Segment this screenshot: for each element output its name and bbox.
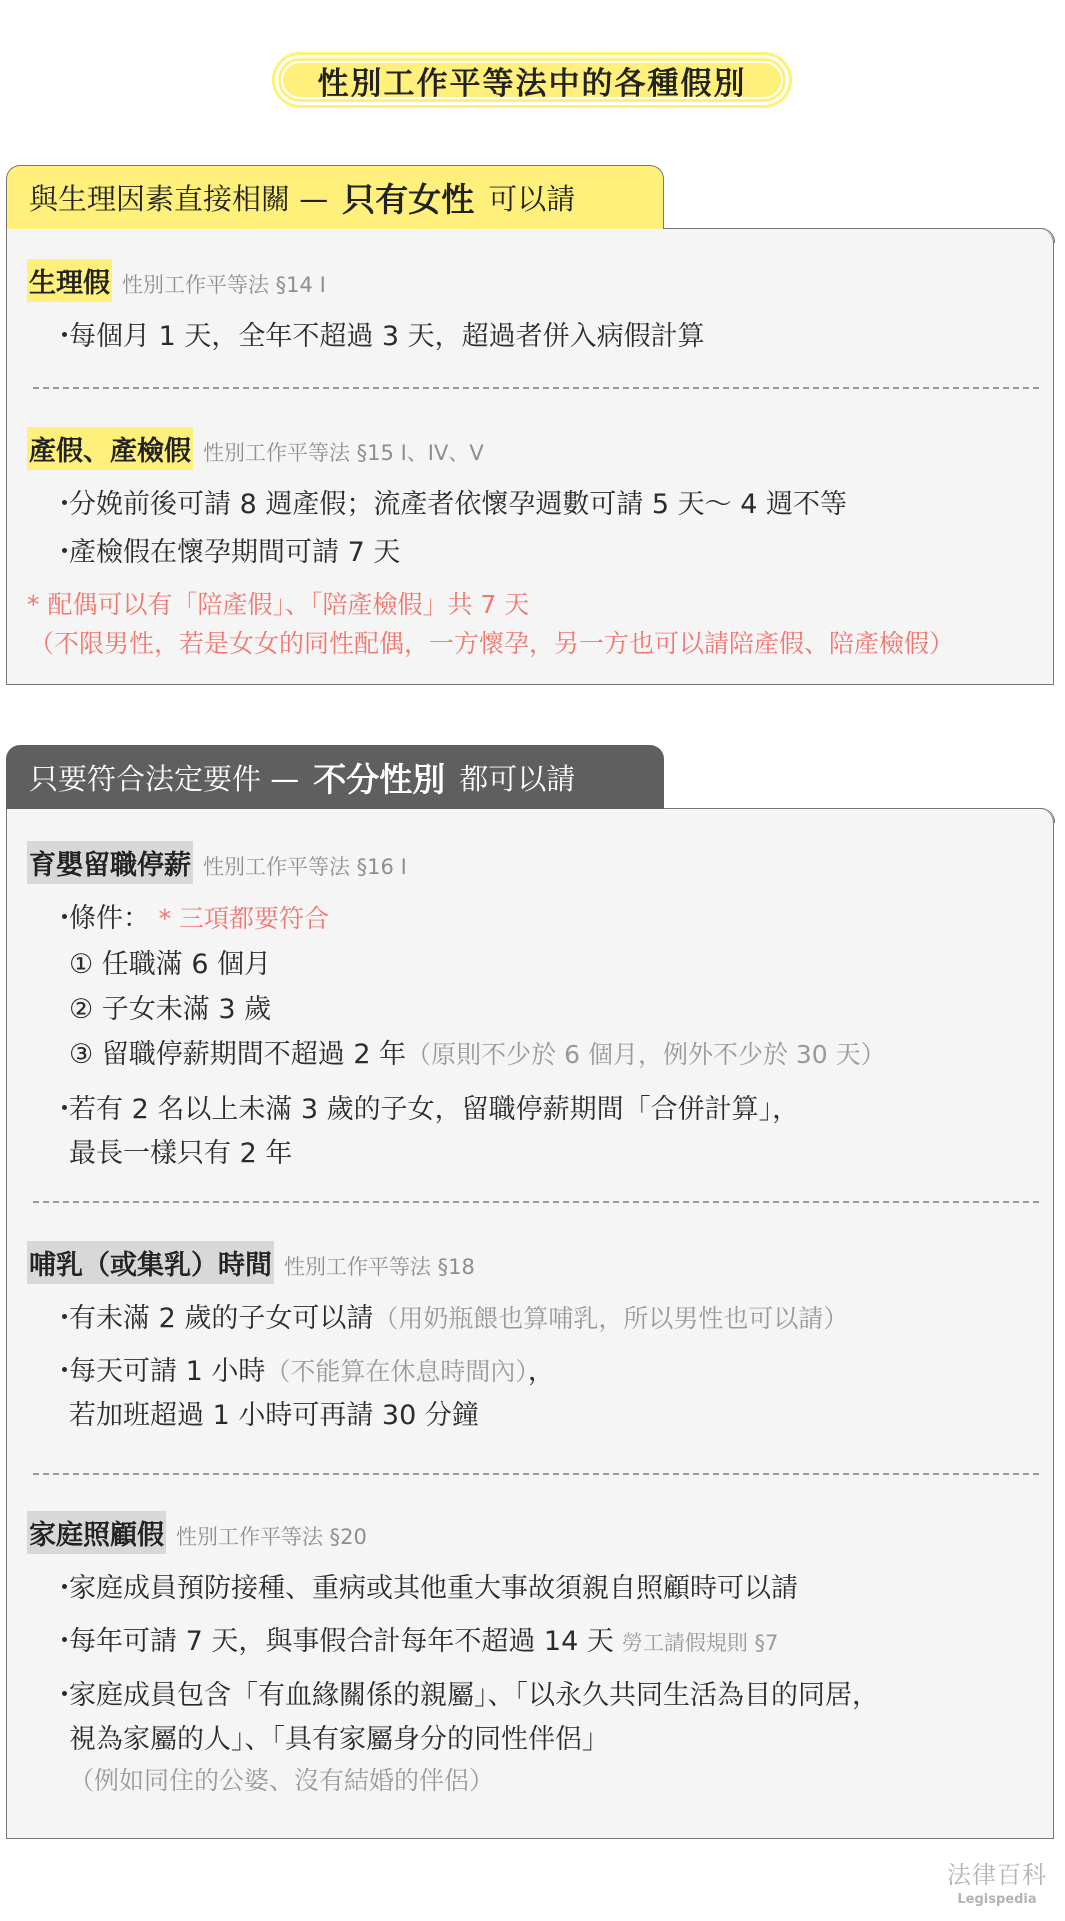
page-title: 性別工作平等法中的各種假別 <box>318 58 747 103</box>
tab-prefix: 只要符合法定要件 — <box>29 757 299 798</box>
item-note: （用奶瓶餵也算哺乳，所以男性也可以請） <box>373 1304 848 1333</box>
item-text: 每個月 1 天，全年不超過 3 天，超過者併入病假計算 <box>69 321 705 352</box>
law-citation: 勞工請假規則 §7 <box>622 1631 779 1655</box>
tab-emphasis: 只有女性 <box>342 174 474 221</box>
logo-zh: 法律百科 <box>947 1855 1047 1890</box>
section-tab-all-genders: 只要符合法定要件 — 不分性別 都可以請 <box>6 745 664 809</box>
condition-item: ② 子女未滿 3 歲 <box>69 987 271 1026</box>
law-citation: 性別工作平等法 §18 <box>284 1251 475 1281</box>
item-text: ③ 留職停薪期間不超過 2 年 <box>69 1039 406 1070</box>
logo-en: Legispedia <box>947 1892 1047 1907</box>
list-item: ・ 產檢假在懷孕期間可請 7 天 <box>69 530 400 569</box>
section-panel: 育嬰留職停薪 性別工作平等法 §16 I ・ 條件： * 三項都要符合 ① 任職… <box>6 809 1054 1839</box>
law-citation: 性別工作平等法 §15 I、IV、V <box>203 437 484 467</box>
nursing-time-heading: 哺乳（或集乳）時間 性別工作平等法 §18 <box>27 1241 475 1284</box>
bullet-icon: ・ <box>51 530 78 569</box>
list-item: ・ 家庭成員預防接種、重病或其他重大事故須親自照顧時可以請 <box>69 1566 798 1605</box>
divider <box>33 1201 1039 1203</box>
maternity-leave-heading: 產假、產檢假 性別工作平等法 §15 I、IV、V <box>27 427 484 470</box>
list-item: ・ 若有 2 名以上未滿 3 歲的子女，留職停薪期間「合併計算」， <box>69 1087 799 1126</box>
bullet-icon: ・ <box>51 1349 78 1388</box>
condition-item: ③ 留職停薪期間不超過 2 年（原則不少於 6 個月，例外不少於 30 天） <box>69 1032 886 1071</box>
list-item: ・ 條件： * 三項都要符合 <box>69 896 329 935</box>
section-tab-women-only: 與生理因素直接相關 — 只有女性 可以請 <box>6 165 664 229</box>
list-item-continued: 若加班超過 1 小時可再請 30 分鐘 <box>69 1393 479 1432</box>
leave-title: 家庭照顧假 <box>27 1511 166 1554</box>
list-item-continued: 視為家屬的人」、「具有家屬身分的同性伴侶」 <box>69 1717 609 1756</box>
item-text: 條件： <box>69 903 150 934</box>
bullet-icon: ・ <box>51 1673 78 1712</box>
spouse-note-detail: （不限男性，若是女女的同性配偶，一方懷孕，另一方也可以請陪產假、陪產檢假） <box>29 624 954 660</box>
leave-title: 育嬰留職停薪 <box>27 841 193 884</box>
bullet-icon: ・ <box>51 1619 78 1658</box>
item-text: 產檢假在懷孕期間可請 7 天 <box>69 537 400 568</box>
tab-prefix: 與生理因素直接相關 — <box>29 177 328 218</box>
list-item: ・ 有未滿 2 歲的子女可以請（用奶瓶餵也算哺乳，所以男性也可以請） <box>69 1296 848 1335</box>
tab-emphasis: 不分性別 <box>313 754 445 801</box>
leave-title: 哺乳（或集乳）時間 <box>27 1241 274 1284</box>
list-item: ・ 分娩前後可請 8 週產假；流產者依懷孕週數可請 5 天～ 4 週不等 <box>69 482 847 521</box>
divider <box>33 387 1039 389</box>
law-citation: 性別工作平等法 §20 <box>176 1521 367 1551</box>
list-item: ・ 每年可請 7 天，與事假合計每年不超過 14 天勞工請假規則 §7 <box>69 1619 778 1658</box>
bullet-icon: ・ <box>51 1296 78 1335</box>
list-item-continued: 最長一樣只有 2 年 <box>69 1131 292 1170</box>
item-note: （不能算在休息時間內） <box>265 1357 528 1386</box>
family-care-leave-heading: 家庭照顧假 性別工作平等法 §20 <box>27 1511 367 1554</box>
item-text: 分娩前後可請 8 週產假；流產者依懷孕週數可請 5 天～ 4 週不等 <box>69 489 847 520</box>
spouse-note: * 配偶可以有「陪產假」、「陪產檢假」共 7 天 <box>27 585 529 621</box>
page-title-badge: 性別工作平等法中的各種假別 <box>272 52 792 108</box>
legispedia-logo: 法律百科 Legispedia <box>947 1855 1047 1907</box>
list-item: ・ 每個月 1 天，全年不超過 3 天，超過者併入病假計算 <box>69 314 705 353</box>
condition-note: * 三項都要符合 <box>159 904 329 933</box>
item-text: 每天可請 1 小時 <box>69 1356 265 1387</box>
item-text: 有未滿 2 歲的子女可以請 <box>69 1303 373 1334</box>
bullet-icon: ・ <box>51 1087 78 1126</box>
leave-title: 生理假 <box>27 259 112 302</box>
item-text: 每年可請 7 天，與事假合計每年不超過 14 天 <box>69 1626 614 1657</box>
list-item: ・ 家庭成員包含「有血緣關係的親屬」、「以永久共同生活為目的同居， <box>69 1673 879 1712</box>
item-text: ， <box>528 1356 555 1387</box>
condition-item: ① 任職滿 6 個月 <box>69 942 271 981</box>
item-text: 家庭成員預防接種、重病或其他重大事故須親自照顧時可以請 <box>69 1573 798 1604</box>
bullet-icon: ・ <box>51 482 78 521</box>
bullet-icon: ・ <box>51 314 78 353</box>
divider <box>33 1473 1039 1475</box>
tab-suffix: 可以請 <box>488 177 575 218</box>
parental-leave-heading: 育嬰留職停薪 性別工作平等法 §16 I <box>27 841 407 884</box>
item-text: 若有 2 名以上未滿 3 歲的子女，留職停薪期間「合併計算」， <box>69 1094 799 1125</box>
bullet-icon: ・ <box>51 1566 78 1605</box>
list-item: ・ 每天可請 1 小時（不能算在休息時間內）， <box>69 1349 555 1388</box>
tab-suffix: 都可以請 <box>459 757 575 798</box>
condition-note: （原則不少於 6 個月，例外不少於 30 天） <box>406 1040 886 1069</box>
list-item-note: （例如同住的公婆、沒有結婚的伴侶） <box>69 1761 494 1797</box>
item-text: 家庭成員包含「有血緣關係的親屬」、「以永久共同生活為目的同居， <box>69 1680 879 1711</box>
menstrual-leave-heading: 生理假 性別工作平等法 §14 I <box>27 259 326 302</box>
bullet-icon: ・ <box>51 896 78 935</box>
law-citation: 性別工作平等法 §16 I <box>203 851 407 881</box>
law-citation: 性別工作平等法 §14 I <box>122 269 326 299</box>
leave-title: 產假、產檢假 <box>27 427 193 470</box>
section-panel: 生理假 性別工作平等法 §14 I ・ 每個月 1 天，全年不超過 3 天，超過… <box>6 229 1054 685</box>
